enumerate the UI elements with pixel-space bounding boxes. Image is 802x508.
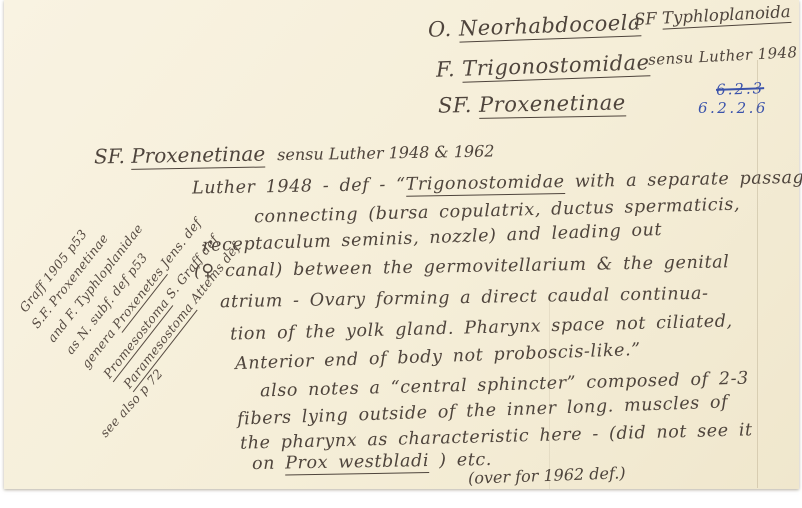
subfamily-prefix: SF. — [438, 93, 479, 118]
header-family-sensu: sensu Luther 1948 — [648, 43, 798, 69]
index-card: O. Neorhabdocoela SF Typhloplanoida F. T… — [4, 0, 799, 489]
body-line-11: on Prox westbladi ) etc. — [252, 450, 492, 474]
order-taxon: Neorhabdocoela — [458, 10, 641, 42]
header-subfamily: SF. Proxenetinae — [438, 90, 626, 117]
body-line-11-pre: on — [252, 454, 286, 475]
family-prefix: F. — [436, 57, 463, 82]
suborder-taxon: Typhloplanoida — [662, 2, 792, 30]
body-line-6: tion of the yolk gland. Pharynx space no… — [230, 311, 733, 344]
title-taxon: Proxenetinae — [131, 142, 265, 170]
title-line: SF. Proxenetinaesensu Luther 1948 & 1962 — [94, 138, 495, 169]
header-family: F. Trigonostomidae — [436, 50, 650, 81]
header-suborder: SF Typhloplanoida — [634, 2, 791, 29]
body-line-12: (over for 1962 def.) — [468, 463, 626, 487]
body-line-1-pre: Luther 1948 - def - “ — [192, 175, 406, 199]
title-prefix: SF. — [94, 144, 132, 169]
paper-crease — [757, 60, 758, 488]
suborder-prefix: SF — [634, 9, 663, 29]
body-line-7: Anterior end of body not proboscis-like.… — [235, 340, 641, 374]
body-line-11-taxon: Prox westbladi — [285, 451, 429, 476]
subfamily-taxon: Proxenetinae — [479, 90, 626, 119]
body-line-1-taxon: Trigonostomidae — [406, 172, 565, 197]
body-line-1: Luther 1948 - def - “Trigonostomidae wit… — [192, 167, 802, 198]
title-sensu: sensu Luther 1948 & 1962 — [277, 142, 495, 165]
body-line-4: (♀ canal) between the germovitellarium &… — [194, 252, 730, 281]
body-line-5: atrium - Ovary forming a direct caudal c… — [220, 284, 709, 313]
header-order: O. Neorhabdocoela — [428, 10, 642, 41]
family-taxon: Trigonostomidae — [462, 50, 650, 83]
paper-crease-2 — [549, 300, 550, 489]
body-line-2: connecting (bursa copulatrix, ductus spe… — [254, 195, 741, 228]
order-prefix: O. — [428, 17, 460, 42]
body-line-1-post: with a separate passages — [564, 167, 802, 192]
